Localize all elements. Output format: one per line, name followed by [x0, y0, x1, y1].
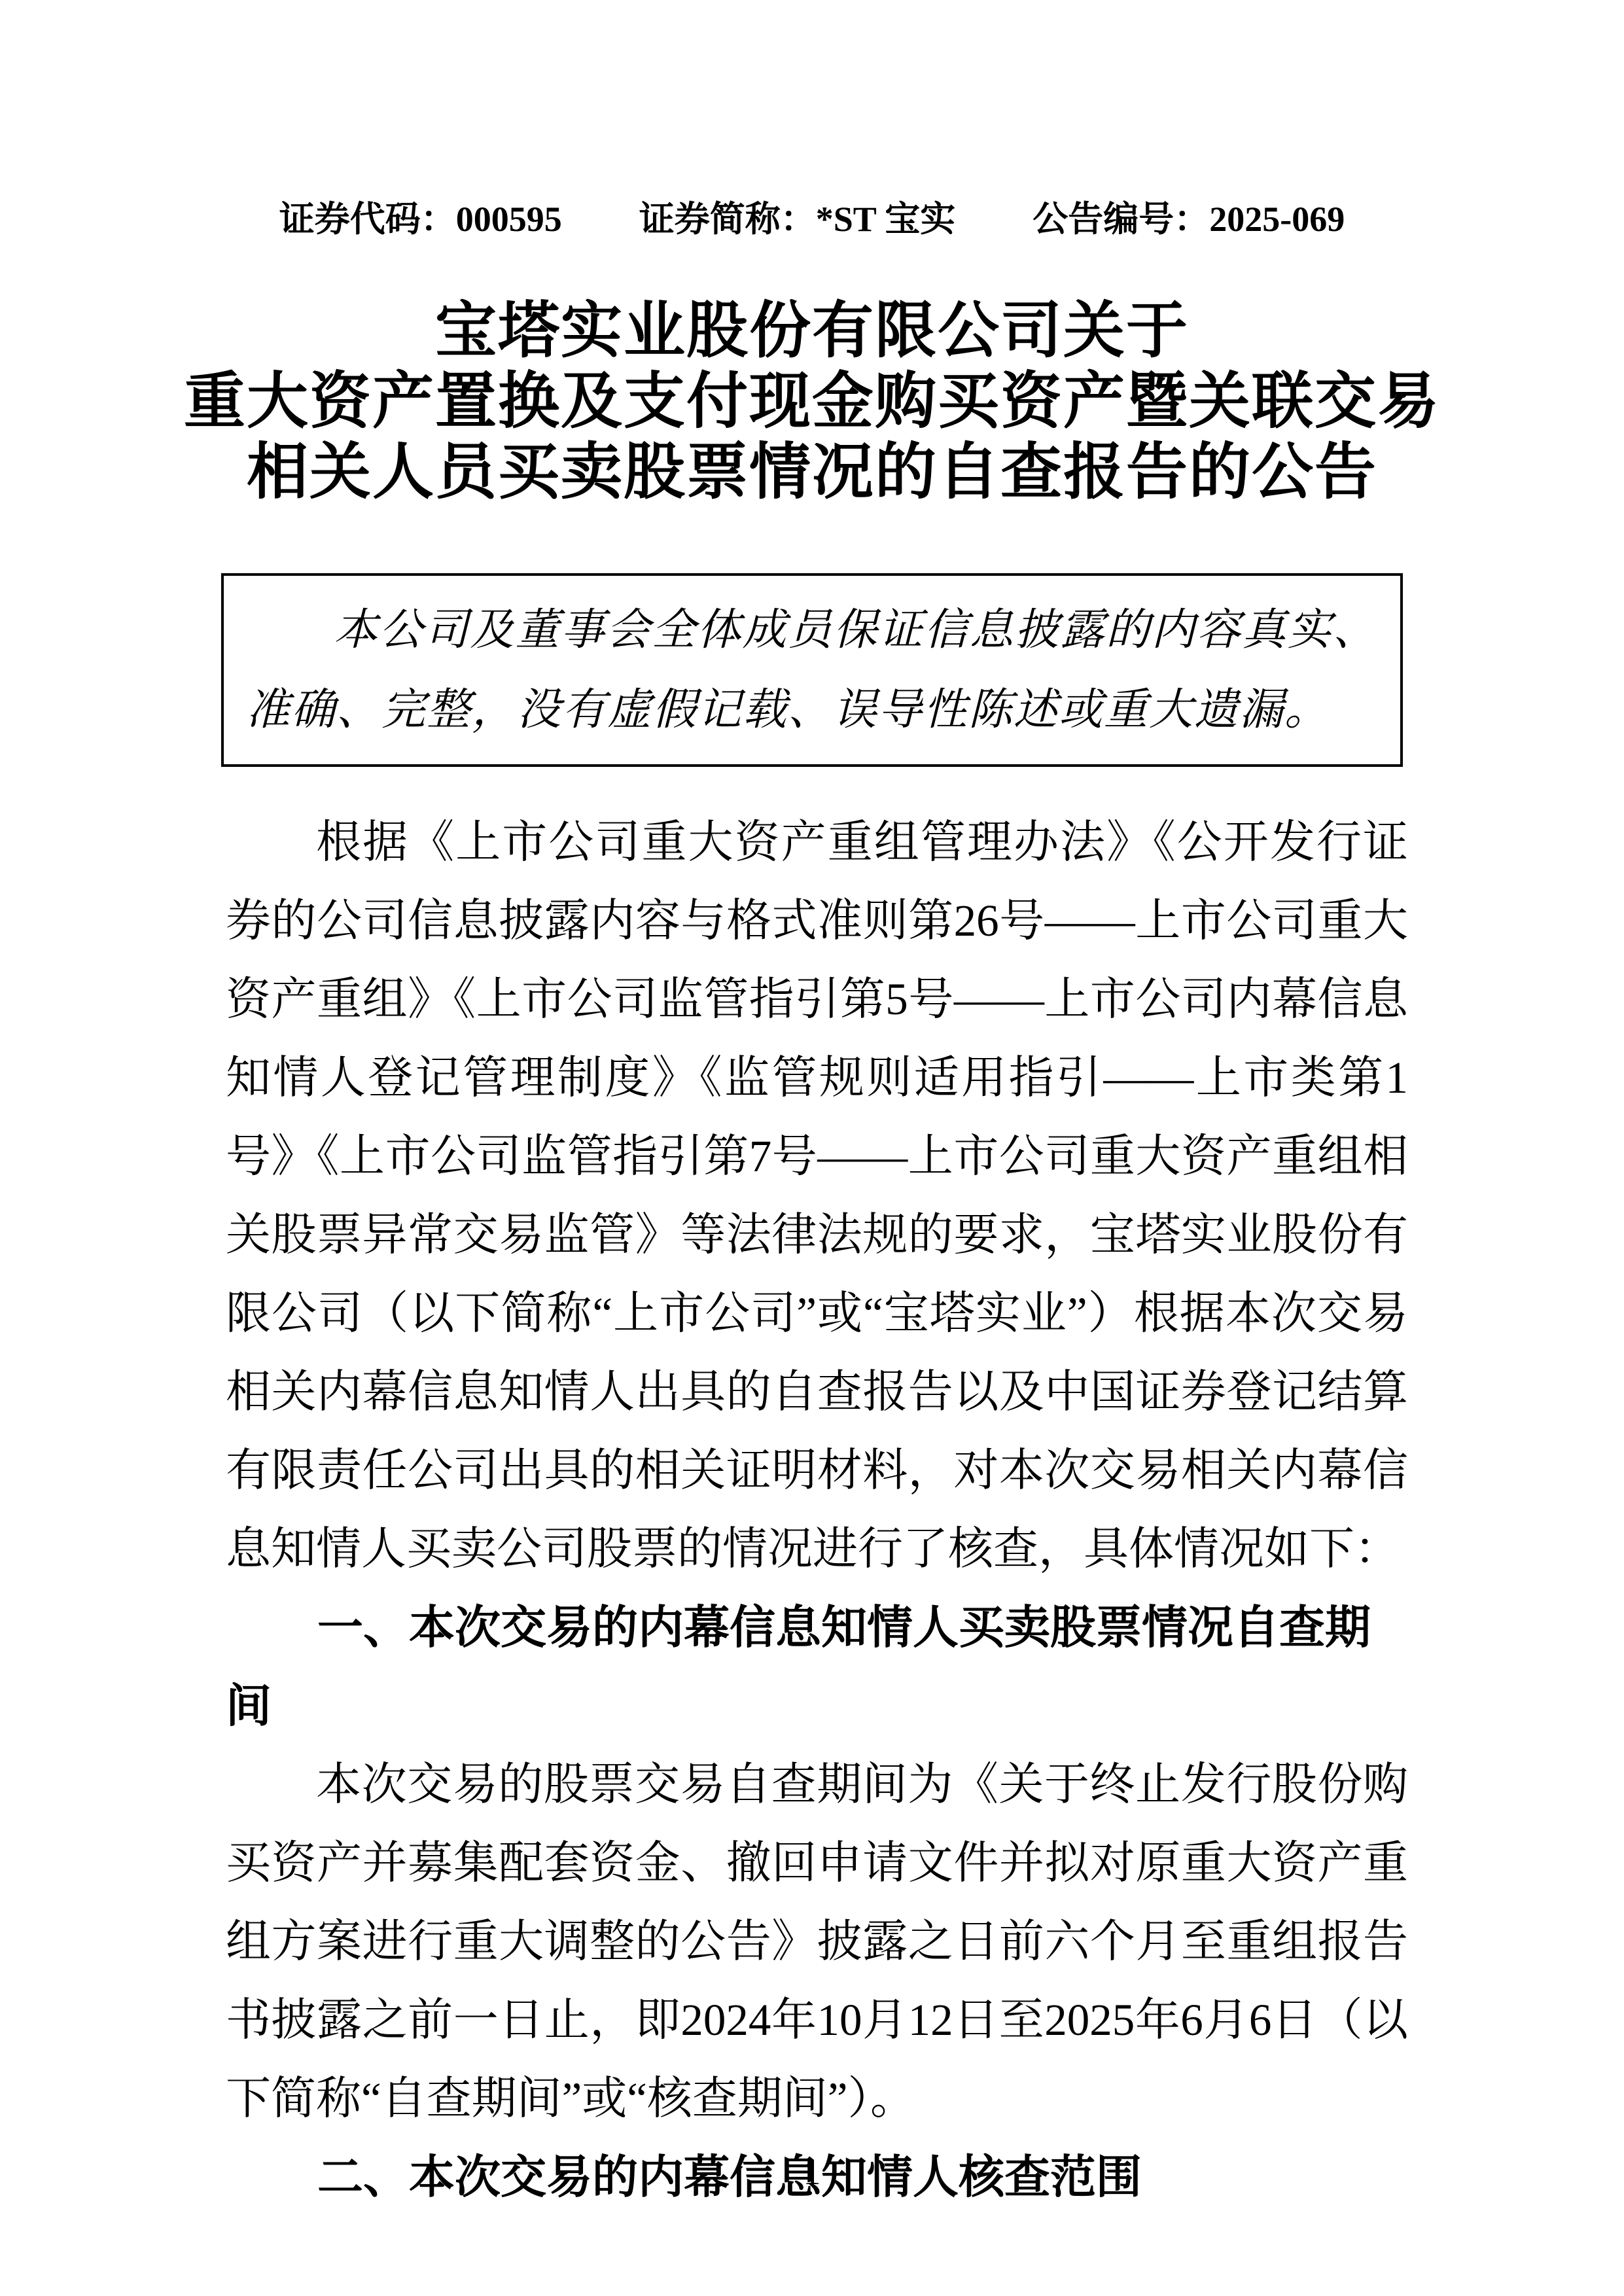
stock-code-item: 证券代码：000595 [279, 196, 562, 242]
document-body: 根据《上市公司重大资产重组管理办法》《公开发行证券的公司信息披露内容与格式准则第… [0, 803, 1624, 2216]
section-heading-1: 一、本次交易的内幕信息知情人买卖股票情况自查期间 [226, 1588, 1408, 1745]
stock-code-label: 证券代码： [279, 200, 456, 239]
stock-abbr-value: *ST 宝实 [816, 200, 956, 239]
title-line-3: 相关人员买卖股票情况的自查报告的公告 [0, 437, 1624, 508]
notice-number-value: 2025-069 [1209, 200, 1345, 239]
securities-info-line: 证券代码：000595 证券简称：*ST 宝实 公告编号：2025-069 [0, 0, 1624, 242]
disclaimer-box: 本公司及董事会全体成员保证信息披露的内容真实、准确、完整，没有虚假记载、误导性陈… [221, 573, 1403, 767]
page-number: 1 [0, 2153, 1624, 2192]
intro-paragraph: 根据《上市公司重大资产重组管理办法》《公开发行证券的公司信息披露内容与格式准则第… [226, 803, 1408, 1588]
announcement-page: 证券代码：000595 证券简称：*ST 宝实 公告编号：2025-069 宝塔… [0, 0, 1624, 2296]
stock-abbr-label: 证券简称： [639, 200, 816, 239]
notice-number-item: 公告编号：2025-069 [1033, 196, 1345, 242]
title-line-2: 重大资产置换及支付现金购买资产暨关联交易 [0, 366, 1624, 437]
document-title: 宝塔实业股份有限公司关于 重大资产置换及支付现金购买资产暨关联交易 相关人员买卖… [0, 296, 1624, 508]
notice-number-label: 公告编号： [1033, 200, 1209, 239]
section-1-paragraph: 本次交易的股票交易自查期间为《关于终止发行股份购买资产并募集配套资金、撤回申请文… [226, 1745, 1408, 2138]
disclaimer-text: 本公司及董事会全体成员保证信息披露的内容真实、准确、完整，没有虚假记载、误导性陈… [246, 590, 1378, 750]
title-line-1: 宝塔实业股份有限公司关于 [0, 296, 1624, 366]
stock-abbr-item: 证券简称：*ST 宝实 [639, 196, 956, 242]
stock-code-value: 000595 [456, 200, 562, 239]
